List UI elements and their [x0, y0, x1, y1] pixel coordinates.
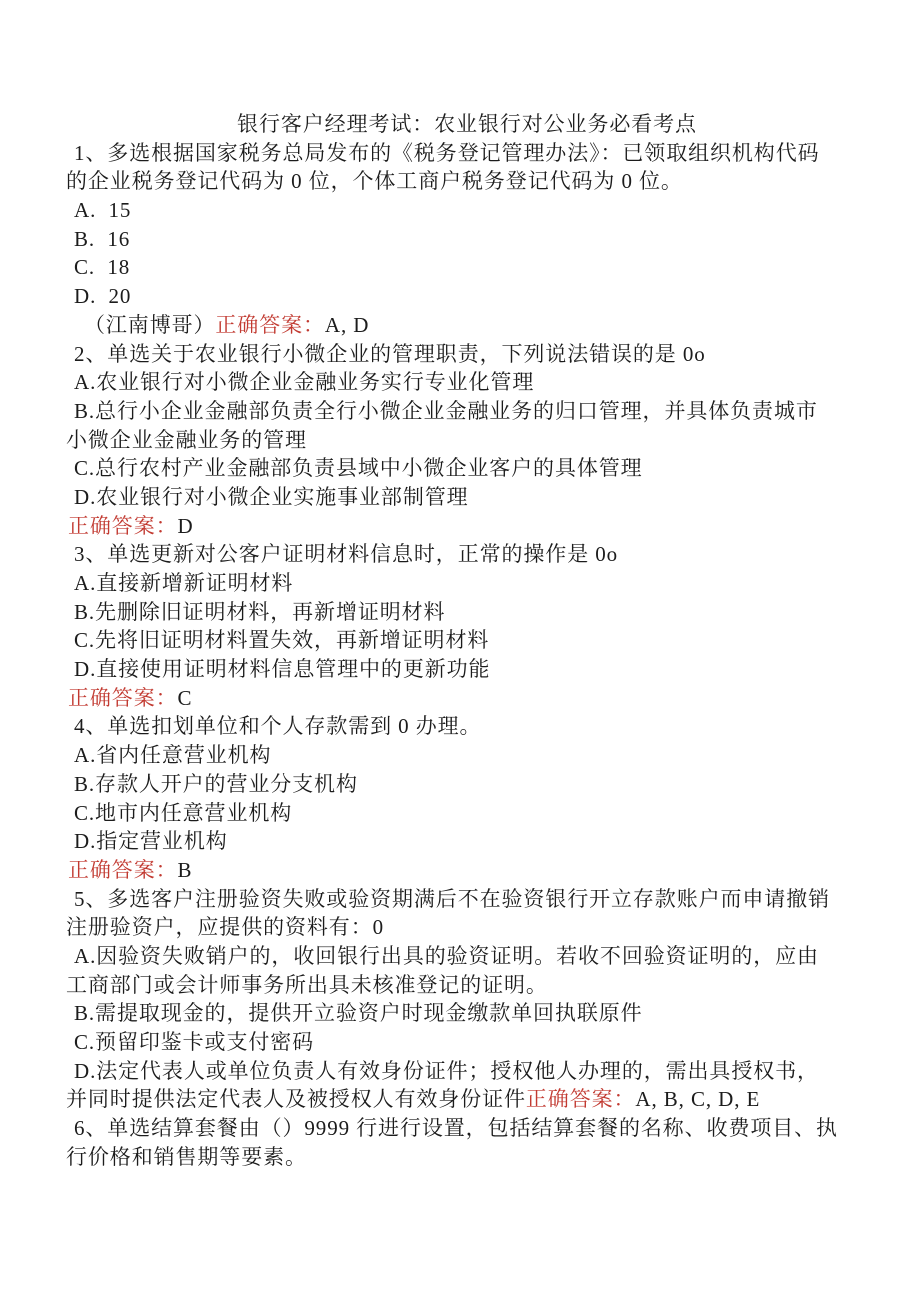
- q1-answer: （江南博哥）正确答案：A, D: [66, 311, 868, 340]
- q2-option-c-text: C.总行农村产业金融部负责县域中小微企业客户的具体管理: [74, 456, 643, 480]
- q1-stem-line-1-text: 1、多选根据国家税务总局发布的《税务登记管理办法》：已领取组织机构代码: [74, 141, 820, 165]
- q5-option-d-line-1: D.法定代表人或单位负责人有效身份证件；授权他人办理的，需出具授权书，: [66, 1057, 868, 1086]
- q5-option-c-text: C.预留印鉴卡或支付密码: [74, 1030, 314, 1054]
- q5-option-d-line-2: 并同时提供法定代表人及被授权人有效身份证件正确答案：A, B, C, D, E: [66, 1085, 868, 1114]
- q3-option-a: A.直接新增新证明材料: [66, 569, 868, 598]
- q2-option-a: A.农业银行对小微企业金融业务实行专业化管理: [66, 368, 868, 397]
- correct-answer-label: 正确答案：: [526, 1087, 636, 1111]
- q3-answer-text: C: [178, 686, 193, 710]
- q1-option-b-text: B. 16: [74, 227, 130, 251]
- q5-stem-line-2-text: 注册验资户，应提供的资料有：0: [66, 915, 384, 939]
- q5-option-b: B.需提取现金的，提供开立验资户时现金缴款单回执联原件: [66, 999, 868, 1028]
- q5-option-b-text: B.需提取现金的，提供开立验资户时现金缴款单回执联原件: [74, 1001, 643, 1025]
- q5-option-d-line-2-text: 并同时提供法定代表人及被授权人有效身份证件: [66, 1087, 526, 1111]
- q2-option-d: D.农业银行对小微企业实施事业部制管理: [66, 483, 868, 512]
- exam-document: 银行客户经理考试：农业银行对公业务必看考点1、多选根据国家税务总局发布的《税务登…: [0, 0, 920, 1301]
- q1-stem-line-2-text: 的企业税务登记代码为 0 位，个体工商户税务登记代码为 0 位。: [66, 169, 683, 193]
- q3-option-c-text: C.先将旧证明材料置失效，再新增证明材料: [74, 628, 489, 652]
- q4-option-c-text: C.地市内任意营业机构: [74, 801, 292, 825]
- q1-option-d: D. 20: [66, 282, 868, 311]
- q6-stem-line-1: 6、单选结算套餐由（）9999 行进行设置，包括结算套餐的名称、收费项目、执: [66, 1114, 868, 1143]
- q1-stem-line-2: 的企业税务登记代码为 0 位，个体工商户税务登记代码为 0 位。: [66, 167, 868, 196]
- q2-option-b-line-2: 小微企业金融业务的管理: [66, 426, 868, 455]
- doc-title: 银行客户经理考试：农业银行对公业务必看考点: [66, 110, 868, 139]
- q5-option-d-line-1-text: D.法定代表人或单位负责人有效身份证件；授权他人办理的，需出具授权书，: [74, 1059, 819, 1083]
- q1-option-c: C. 18: [66, 253, 868, 282]
- correct-answer-label: 正确答案：: [68, 514, 178, 538]
- q5-option-a-line-1: A.因验资失败销户的，收回银行出具的验资证明。若收不回验资证明的，应由: [66, 942, 868, 971]
- q4-option-d: D.指定营业机构: [66, 827, 868, 856]
- q3-option-b-text: B.先删除旧证明材料，再新增证明材料: [74, 600, 445, 624]
- q3-option-b: B.先删除旧证明材料，再新增证明材料: [66, 598, 868, 627]
- q1-stem-line-1: 1、多选根据国家税务总局发布的《税务登记管理办法》：已领取组织机构代码: [66, 139, 868, 168]
- correct-answer-label: 正确答案：: [215, 313, 325, 337]
- q3-option-d: D.直接使用证明材料信息管理中的更新功能: [66, 655, 868, 684]
- q1-option-b: B. 16: [66, 225, 868, 254]
- q4-option-c: C.地市内任意营业机构: [66, 799, 868, 828]
- q6-stem-line-1-text: 6、单选结算套餐由（）9999 行进行设置，包括结算套餐的名称、收费项目、执: [74, 1116, 838, 1140]
- q2-stem-text: 2、单选关于农业银行小微企业的管理职责，下列说法错误的是 0o: [74, 342, 706, 366]
- q5-option-a-line-2: 工商部门或会计师事务所出具未核准登记的证明。: [66, 971, 868, 1000]
- q5-stem-line-1: 5、多选客户注册验资失败或验资期满后不在验资银行开立存款账户而申请撤销: [66, 885, 868, 914]
- exam-document-page: { "page": { "background_color": "#ffffff…: [0, 0, 920, 1301]
- q4-stem-text: 4、单选扣划单位和个人存款需到 0 办理。: [74, 714, 481, 738]
- q4-option-b-text: B.存款人开户的营业分支机构: [74, 772, 358, 796]
- q5-option-a-line-2-text: 工商部门或会计师事务所出具未核准登记的证明。: [66, 973, 548, 997]
- q3-answer: 正确答案：C: [66, 684, 868, 713]
- q1-option-d-text: D. 20: [74, 284, 131, 308]
- correct-answer-label: 正确答案：: [68, 686, 178, 710]
- q4-stem: 4、单选扣划单位和个人存款需到 0 办理。: [66, 712, 868, 741]
- q3-option-c: C.先将旧证明材料置失效，再新增证明材料: [66, 626, 868, 655]
- q6-stem-line-2: 行价格和销售期等要素。: [66, 1143, 868, 1172]
- q3-stem-text: 3、单选更新对公客户证明材料信息时，正常的操作是 0o: [74, 542, 618, 566]
- q4-answer-text: B: [178, 858, 193, 882]
- q1-option-a-text: A. 15: [74, 198, 131, 222]
- correct-answer-label: 正确答案：: [68, 858, 178, 882]
- q2-answer-text: D: [178, 514, 194, 538]
- q1-answer-text: （江南博哥）: [84, 313, 215, 337]
- q3-stem: 3、单选更新对公客户证明材料信息时，正常的操作是 0o: [66, 540, 868, 569]
- q4-option-a-text: A.省内任意营业机构: [74, 743, 271, 767]
- q2-option-c: C.总行农村产业金融部负责县域中小微企业客户的具体管理: [66, 454, 868, 483]
- q4-option-b: B.存款人开户的营业分支机构: [66, 770, 868, 799]
- q3-option-a-text: A.直接新增新证明材料: [74, 571, 293, 595]
- q2-option-b-line-1-text: B.总行小企业金融部负责全行小微企业金融业务的归口管理，并具体负责城市: [74, 399, 818, 423]
- q5-option-c: C.预留印鉴卡或支付密码: [66, 1028, 868, 1057]
- q5-option-a-line-1-text: A.因验资失败销户的，收回银行出具的验资证明。若收不回验资证明的，应由: [74, 944, 819, 968]
- q2-answer: 正确答案：D: [66, 512, 868, 541]
- q5-stem-line-1-text: 5、多选客户注册验资失败或验资期满后不在验资银行开立存款账户而申请撤销: [74, 887, 830, 911]
- doc-title-text: 银行客户经理考试：农业银行对公业务必看考点: [237, 112, 697, 136]
- q2-option-a-text: A.农业银行对小微企业金融业务实行专业化管理: [74, 370, 534, 394]
- q5-stem-line-2: 注册验资户，应提供的资料有：0: [66, 913, 868, 942]
- q5-option-d-line-2-text: A, B, C, D, E: [635, 1087, 760, 1111]
- q4-option-d-text: D.指定营业机构: [74, 829, 228, 853]
- q3-option-d-text: D.直接使用证明材料信息管理中的更新功能: [74, 657, 490, 681]
- q2-option-b-line-1: B.总行小企业金融部负责全行小微企业金融业务的归口管理，并具体负责城市: [66, 397, 868, 426]
- q2-stem: 2、单选关于农业银行小微企业的管理职责，下列说法错误的是 0o: [66, 340, 868, 369]
- q4-option-a: A.省内任意营业机构: [66, 741, 868, 770]
- q4-answer: 正确答案：B: [66, 856, 868, 885]
- q6-stem-line-2-text: 行价格和销售期等要素。: [66, 1145, 307, 1169]
- q1-option-a: A. 15: [66, 196, 868, 225]
- q2-option-b-line-2-text: 小微企业金融业务的管理: [66, 428, 307, 452]
- q1-option-c-text: C. 18: [74, 255, 130, 279]
- q2-option-d-text: D.农业银行对小微企业实施事业部制管理: [74, 485, 469, 509]
- q1-answer-text: A, D: [325, 313, 369, 337]
